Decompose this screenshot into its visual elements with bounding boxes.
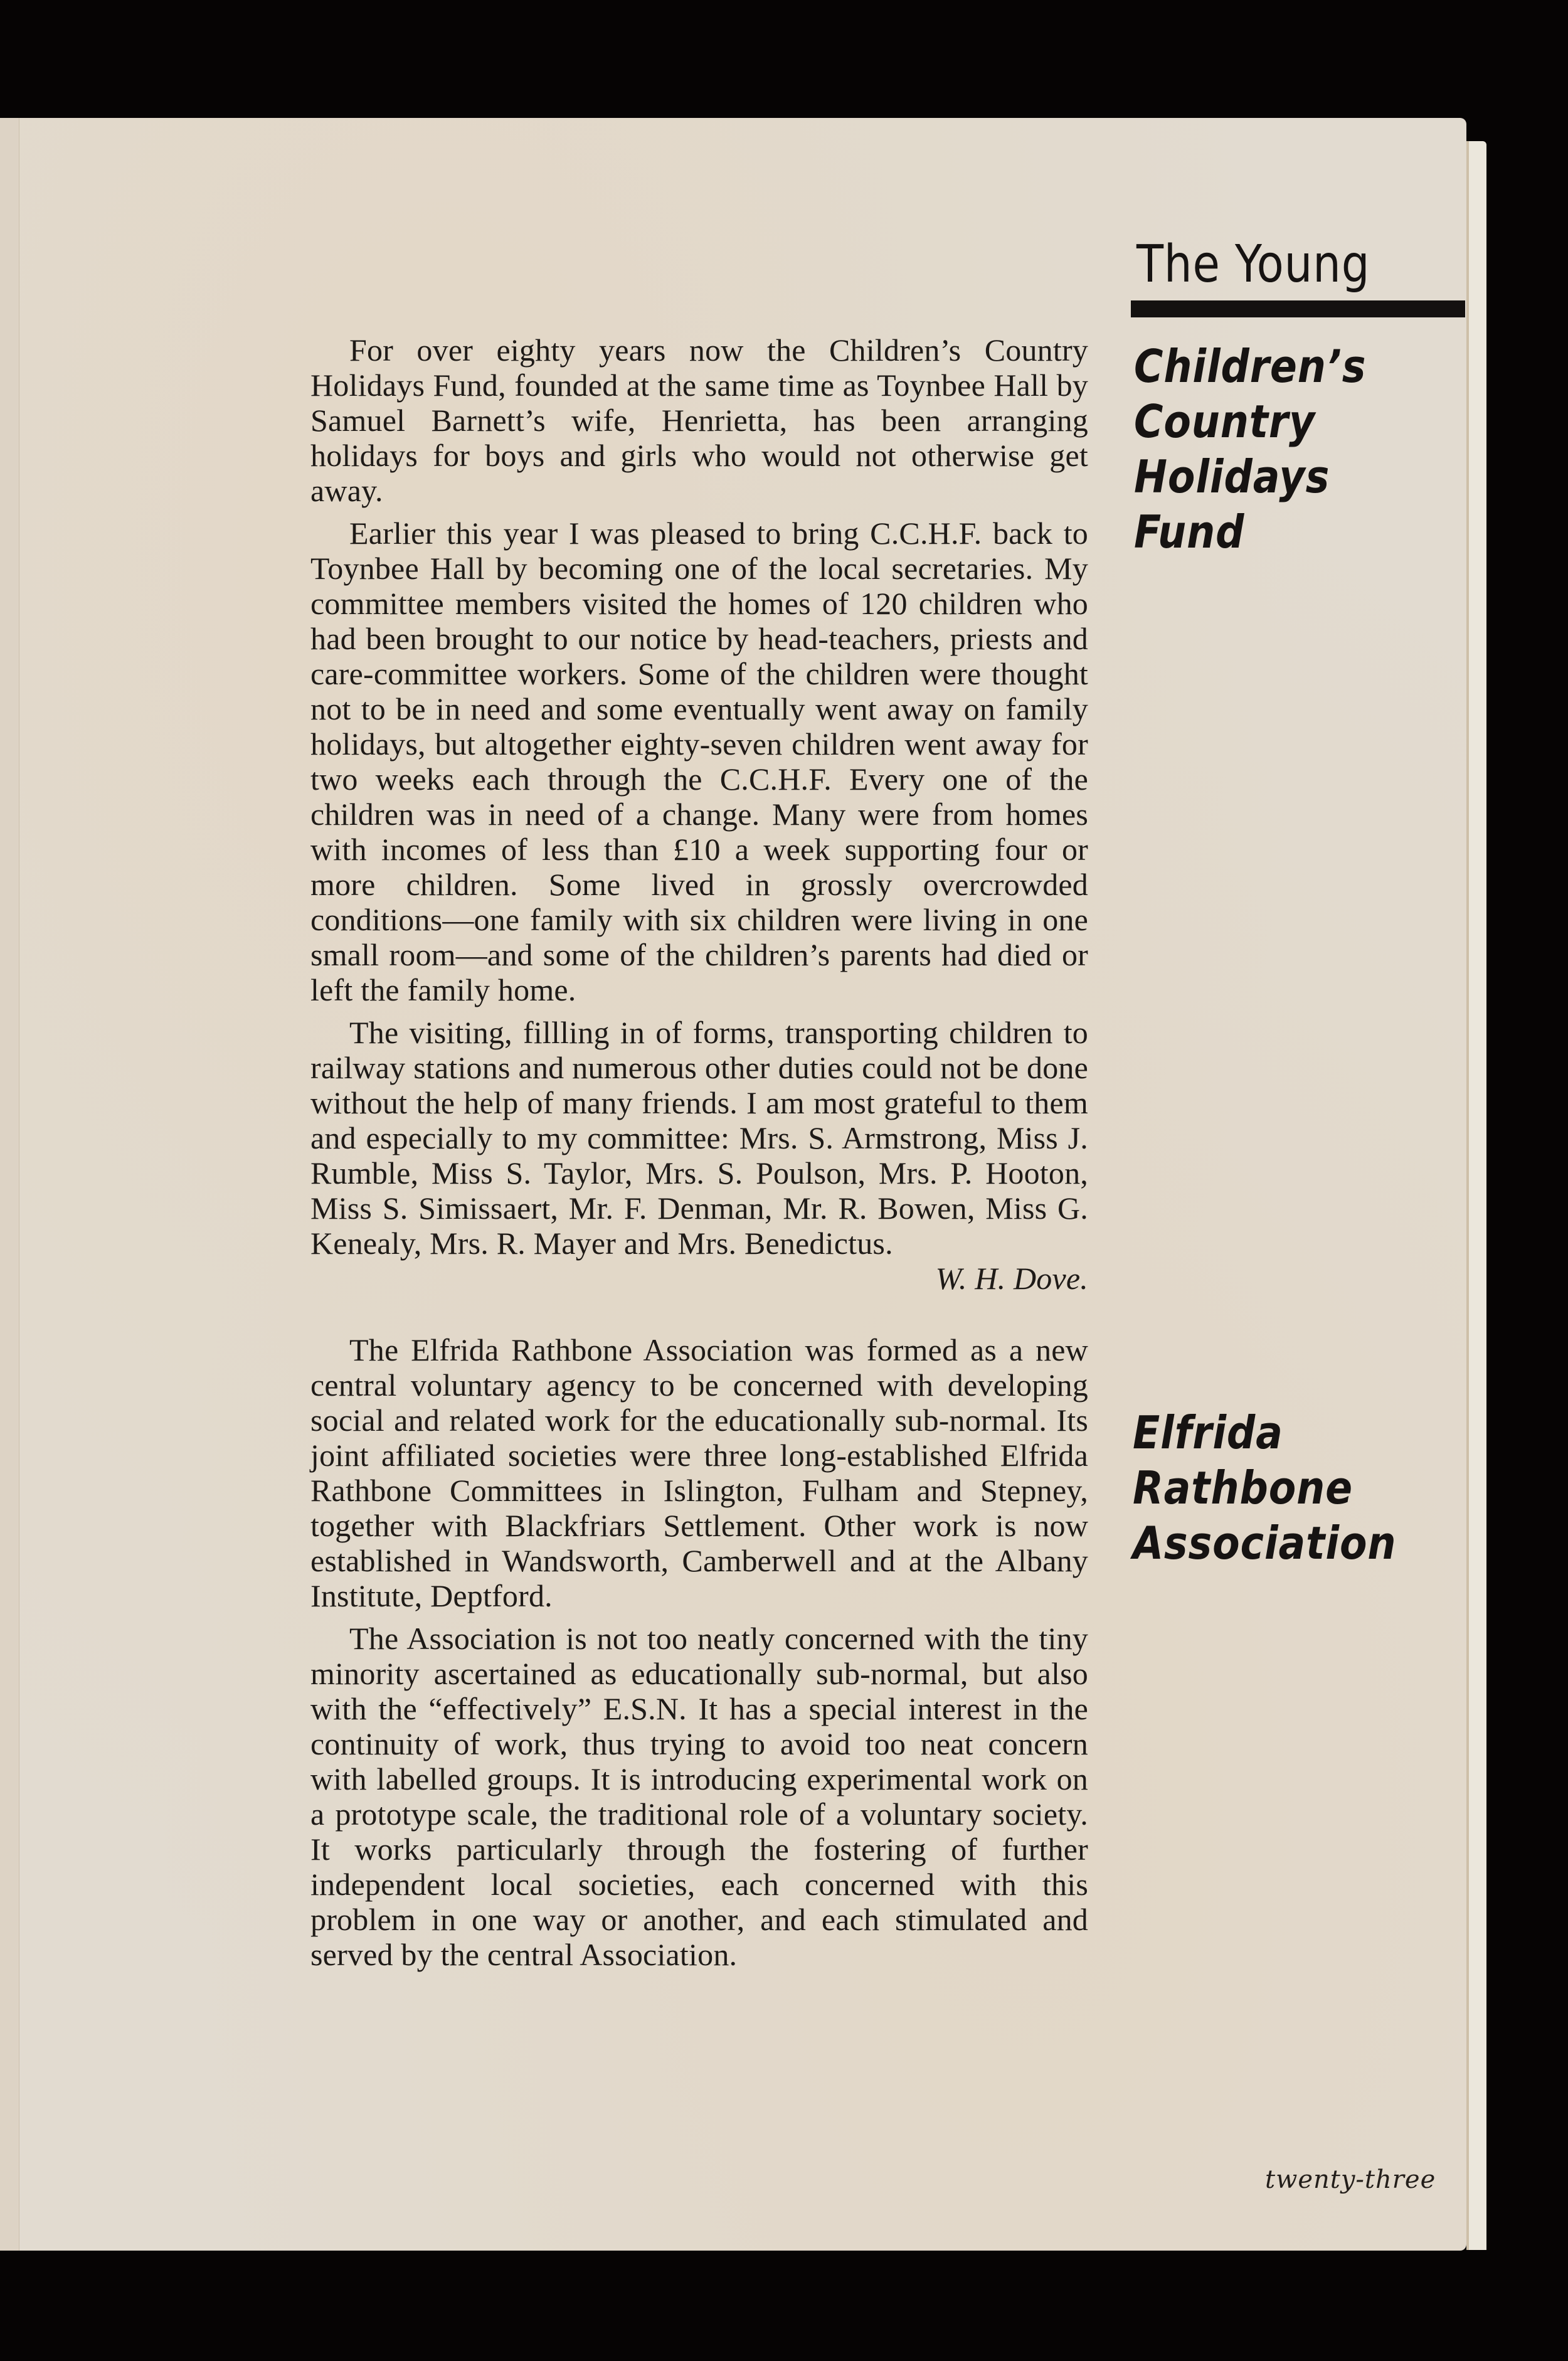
- heading-line: Fund: [1134, 504, 1366, 560]
- heading-line: Rathbone: [1133, 1460, 1396, 1515]
- section-heading-cchf: Children’s Country Holidays Fund: [1134, 339, 1366, 560]
- section-heading-top: The Young: [1136, 237, 1370, 292]
- heading-line: Country: [1134, 394, 1366, 449]
- heading-line: Association: [1133, 1515, 1396, 1571]
- paragraph: The visiting, fillling in of forms, tran…: [310, 1015, 1088, 1261]
- paragraph: The Association is not too neatly concer…: [310, 1621, 1088, 1972]
- author-signature: W. H. Dove.: [310, 1261, 1088, 1296]
- page-stack-edge: [1466, 141, 1486, 2250]
- body-text-column: For over eighty years now the Children’s…: [310, 332, 1088, 1972]
- facing-page-edge: [0, 118, 19, 2251]
- heading-line: Holidays: [1134, 449, 1366, 504]
- heading-line: Elfrida: [1133, 1405, 1396, 1460]
- heading-the-young: The Young: [1136, 237, 1370, 292]
- page-number: twenty-three: [1265, 2165, 1436, 2194]
- heading-rule: [1131, 300, 1465, 317]
- paragraph: For over eighty years now the Children’s…: [310, 332, 1088, 508]
- heading-line: Children’s: [1134, 339, 1366, 394]
- section-heading-era: Elfrida Rathbone Association: [1133, 1405, 1396, 1571]
- paragraph: Earlier this year I was pleased to bring…: [310, 516, 1088, 1007]
- paragraph: The Elfrida Rathbone Association was for…: [310, 1332, 1088, 1613]
